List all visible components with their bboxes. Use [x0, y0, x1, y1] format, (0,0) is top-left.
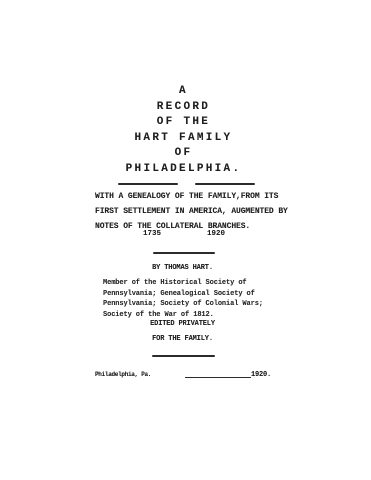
subtitle: WITH A GENEALOGY OF THE FAMILY,FROM ITS …	[95, 189, 288, 234]
author-credentials: Member of the Historical Society of Penn…	[103, 278, 263, 320]
subtitle-line-1: WITH A GENEALOGY OF THE FAMILY,FROM ITS	[95, 189, 288, 204]
dates-divider-rule	[153, 252, 215, 254]
title-divider-left-rule	[118, 183, 178, 185]
document-page: A RECORD OF THE HART FAMILY OF PHILADELP…	[0, 0, 371, 480]
credentials-line-4: Society of the War of 1812.	[103, 310, 263, 321]
subtitle-line-2: FIRST SETTLEMENT IN AMERICA, AUGMENTED B…	[95, 204, 288, 219]
edition-divider-rule	[152, 355, 215, 357]
book-title: A RECORD OF THE HART FAMILY OF PHILADELP…	[0, 84, 367, 177]
author-byline: BY THOMAS HART.	[0, 264, 365, 272]
title-line-4: HART FAMILY	[0, 131, 367, 147]
title-line-1: A	[0, 84, 367, 100]
subtitle-line-3: NOTES OF THE COLLATERAL BRANCHES.	[95, 219, 288, 234]
title-line-5: OF	[0, 146, 367, 162]
credentials-line-3: Pennsylvania; Society of Colonial Wars;	[103, 299, 263, 310]
imprint-blank-line	[185, 377, 251, 378]
edition-statement-line-2: FOR THE FAMILY.	[0, 335, 365, 343]
date-end: 1920	[207, 230, 225, 238]
credentials-line-2: Pennsylvania; Genealogical Society of	[103, 289, 263, 300]
imprint-year: 1920.	[251, 371, 271, 379]
date-start: 1735	[143, 230, 161, 238]
title-line-2: RECORD	[0, 100, 367, 116]
title-line-6: PHILADELPHIA.	[0, 162, 367, 178]
edition-statement-line-1: EDITED PRIVATELY	[0, 320, 365, 328]
credentials-line-1: Member of the Historical Society of	[103, 278, 263, 289]
imprint-place: Philadelphia, Pa.	[95, 371, 151, 378]
title-line-3: OF THE	[0, 115, 367, 131]
title-divider-right-rule	[195, 183, 255, 185]
